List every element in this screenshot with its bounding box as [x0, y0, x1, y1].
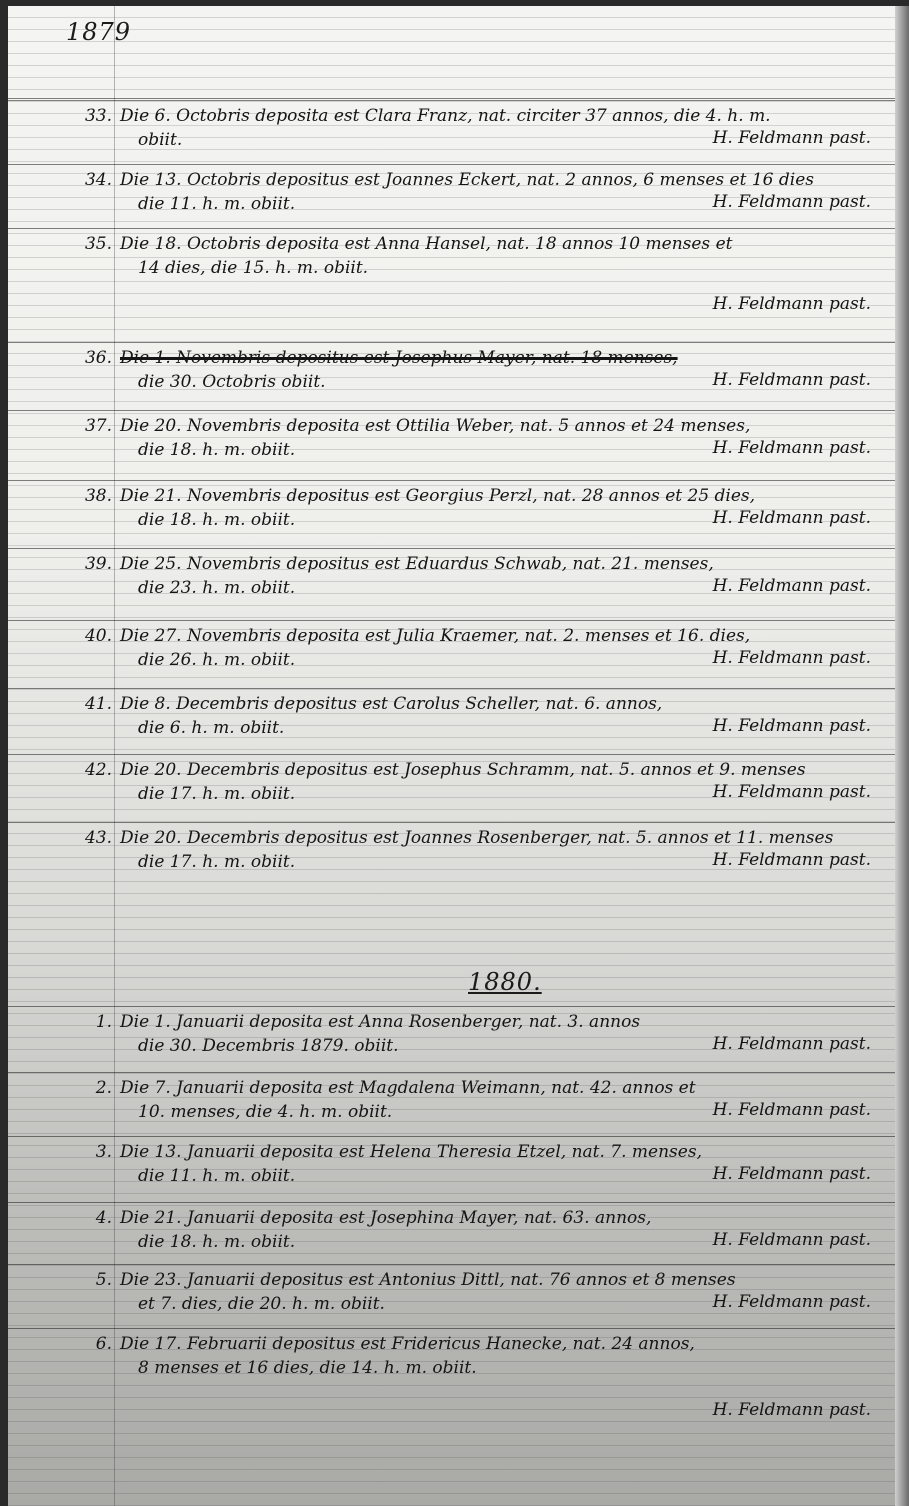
- entry-text: Die 21. Novembris depositus est Georgius…: [120, 486, 755, 506]
- pastor-signature: H. Feldmann past.: [713, 508, 871, 528]
- register-entry: 37.Die 20. Novembris deposita est Ottili…: [78, 414, 885, 462]
- entry-number: 3.: [78, 1140, 112, 1164]
- pastor-signature: H. Feldmann past.: [713, 576, 871, 596]
- entry-text: Die 18. Octobris deposita est Anna Hanse…: [120, 234, 732, 254]
- register-entry: 6.Die 17. Februarii depositus est Frider…: [78, 1332, 885, 1380]
- entry-text: Die 20. Decembris depositus est Josephus…: [120, 760, 806, 780]
- entry-line-1: 6.Die 17. Februarii depositus est Frider…: [78, 1332, 885, 1356]
- register-entry: 4.Die 21. Januarii deposita est Josephin…: [78, 1206, 885, 1254]
- divider: [8, 620, 895, 621]
- entry-number: 2.: [78, 1076, 112, 1100]
- entry-text: Die 25. Novembris depositus est Eduardus…: [120, 554, 714, 574]
- register-entry: 39.Die 25. Novembris depositus est Eduar…: [78, 552, 885, 600]
- entry-text: Die 1. Januarii deposita est Anna Rosenb…: [120, 1012, 640, 1032]
- entry-text: Die 13. Octobris depositus est Joannes E…: [120, 170, 814, 190]
- entry-number: 35.: [78, 232, 112, 256]
- entry-text: Die 23. Januarii depositus est Antonius …: [120, 1270, 736, 1290]
- entry-line-1: 36.Die 1. Novembris depositus est Joseph…: [78, 346, 885, 370]
- pastor-signature: H. Feldmann past.: [713, 1100, 871, 1120]
- entry-number: 37.: [78, 414, 112, 438]
- divider: [8, 410, 895, 411]
- entry-line-1: 4.Die 21. Januarii deposita est Josephin…: [78, 1206, 885, 1230]
- entry-number: 43.: [78, 826, 112, 850]
- divider: [8, 342, 895, 343]
- pastor-signature: H. Feldmann past.: [713, 1164, 871, 1184]
- entry-number: 41.: [78, 692, 112, 716]
- year-heading-1879: 1879: [66, 18, 131, 46]
- entry-text: Die 21. Januarii deposita est Josephina …: [120, 1208, 651, 1228]
- entry-line-1: 35.Die 18. Octobris deposita est Anna Ha…: [78, 232, 885, 256]
- divider: [8, 228, 895, 229]
- entry-number: 6.: [78, 1332, 112, 1356]
- divider: [8, 100, 895, 101]
- divider: [8, 688, 895, 689]
- entry-line-1: 40.Die 27. Novembris deposita est Julia …: [78, 624, 885, 648]
- register-entry: 35.Die 18. Octobris deposita est Anna Ha…: [78, 232, 885, 280]
- pastor-signature: H. Feldmann past.: [713, 782, 871, 802]
- register-entry: 40.Die 27. Novembris deposita est Julia …: [78, 624, 885, 672]
- register-entry: 41.Die 8. Decembris depositus est Carolu…: [78, 692, 885, 740]
- pastor-signature: H. Feldmann past.: [713, 1292, 871, 1312]
- entry-number: 42.: [78, 758, 112, 782]
- year-heading-1880: 1880.: [468, 968, 542, 996]
- entry-number: 34.: [78, 168, 112, 192]
- pastor-signature: H. Feldmann past.: [713, 1230, 871, 1250]
- divider: [8, 1202, 895, 1203]
- divider: [8, 1328, 895, 1329]
- divider: [8, 1136, 895, 1137]
- divider: [8, 1264, 895, 1265]
- divider: [8, 548, 895, 549]
- pastor-signature: H. Feldmann past.: [713, 294, 871, 314]
- entry-text: Die 13. Januarii deposita est Helena The…: [120, 1142, 702, 1162]
- entry-line-2: 14 dies, die 15. h. m. obiit.: [78, 256, 885, 280]
- divider: [8, 1072, 895, 1073]
- register-entry: 36.Die 1. Novembris depositus est Joseph…: [78, 346, 885, 394]
- entry-text: Die 1. Novembris depositus est Josephus …: [120, 348, 678, 368]
- entry-number: 1.: [78, 1010, 112, 1034]
- divider: [8, 98, 895, 99]
- register-entry: 1.Die 1. Januarii deposita est Anna Rose…: [78, 1010, 885, 1058]
- entry-line-1: 5.Die 23. Januarii depositus est Antoniu…: [78, 1268, 885, 1292]
- divider: [8, 822, 895, 823]
- entry-text: Die 17. Februarii depositus est Frideric…: [120, 1334, 695, 1354]
- pastor-signature: H. Feldmann past.: [713, 128, 871, 148]
- entry-text: Die 8. Decembris depositus est Carolus S…: [120, 694, 662, 714]
- entry-text: Die 20. Decembris depositus est Joannes …: [120, 828, 833, 848]
- pastor-signature: H. Feldmann past.: [713, 716, 871, 736]
- entry-line-1: 2.Die 7. Januarii deposita est Magdalena…: [78, 1076, 885, 1100]
- divider: [8, 1006, 895, 1007]
- register-entry: 42.Die 20. Decembris depositus est Josep…: [78, 758, 885, 806]
- entry-number: 40.: [78, 624, 112, 648]
- register-entry: 2.Die 7. Januarii deposita est Magdalena…: [78, 1076, 885, 1124]
- divider: [8, 480, 895, 481]
- pastor-signature: H. Feldmann past.: [713, 192, 871, 212]
- divider: [8, 754, 895, 755]
- entry-number: 4.: [78, 1206, 112, 1230]
- entry-line-1: 33.Die 6. Octobris deposita est Clara Fr…: [78, 104, 885, 128]
- pastor-signature: H. Feldmann past.: [713, 850, 871, 870]
- entry-number: 33.: [78, 104, 112, 128]
- entry-number: 5.: [78, 1268, 112, 1292]
- divider: [8, 164, 895, 165]
- entry-line-1: 34.Die 13. Octobris depositus est Joanne…: [78, 168, 885, 192]
- entry-line-1: 1.Die 1. Januarii deposita est Anna Rose…: [78, 1010, 885, 1034]
- page-edge-shadow: [895, 6, 909, 1506]
- entry-line-1: 38.Die 21. Novembris depositus est Georg…: [78, 484, 885, 508]
- register-entry: 3.Die 13. Januarii deposita est Helena T…: [78, 1140, 885, 1188]
- entry-line-1: 43.Die 20. Decembris depositus est Joann…: [78, 826, 885, 850]
- entry-text: Die 27. Novembris deposita est Julia Kra…: [120, 626, 750, 646]
- pastor-signature: H. Feldmann past.: [713, 370, 871, 390]
- pastor-signature: H. Feldmann past.: [713, 1400, 871, 1420]
- entry-line-1: 37.Die 20. Novembris deposita est Ottili…: [78, 414, 885, 438]
- pastor-signature: H. Feldmann past.: [713, 1034, 871, 1054]
- pastor-signature: H. Feldmann past.: [713, 438, 871, 458]
- pastor-signature: H. Feldmann past.: [713, 648, 871, 668]
- entry-text: Die 6. Octobris deposita est Clara Franz…: [120, 106, 771, 126]
- entry-number: 36.: [78, 346, 112, 370]
- register-entry: 43.Die 20. Decembris depositus est Joann…: [78, 826, 885, 874]
- entry-number: 39.: [78, 552, 112, 576]
- entry-line-1: 39.Die 25. Novembris depositus est Eduar…: [78, 552, 885, 576]
- register-entry: 33.Die 6. Octobris deposita est Clara Fr…: [78, 104, 885, 152]
- entry-line-1: 3.Die 13. Januarii deposita est Helena T…: [78, 1140, 885, 1164]
- entry-text: Die 7. Januarii deposita est Magdalena W…: [120, 1078, 696, 1098]
- entry-number: 38.: [78, 484, 112, 508]
- register-entry: 38.Die 21. Novembris depositus est Georg…: [78, 484, 885, 532]
- entry-line-1: 41.Die 8. Decembris depositus est Carolu…: [78, 692, 885, 716]
- register-entry: 34.Die 13. Octobris depositus est Joanne…: [78, 168, 885, 216]
- register-entry: 5.Die 23. Januarii depositus est Antoniu…: [78, 1268, 885, 1316]
- entry-line-2: 8 menses et 16 dies, die 14. h. m. obiit…: [78, 1356, 885, 1380]
- entry-line-1: 42.Die 20. Decembris depositus est Josep…: [78, 758, 885, 782]
- entry-text: Die 20. Novembris deposita est Ottilia W…: [120, 416, 750, 436]
- register-page: 1879 33.Die 6. Octobris deposita est Cla…: [8, 6, 909, 1506]
